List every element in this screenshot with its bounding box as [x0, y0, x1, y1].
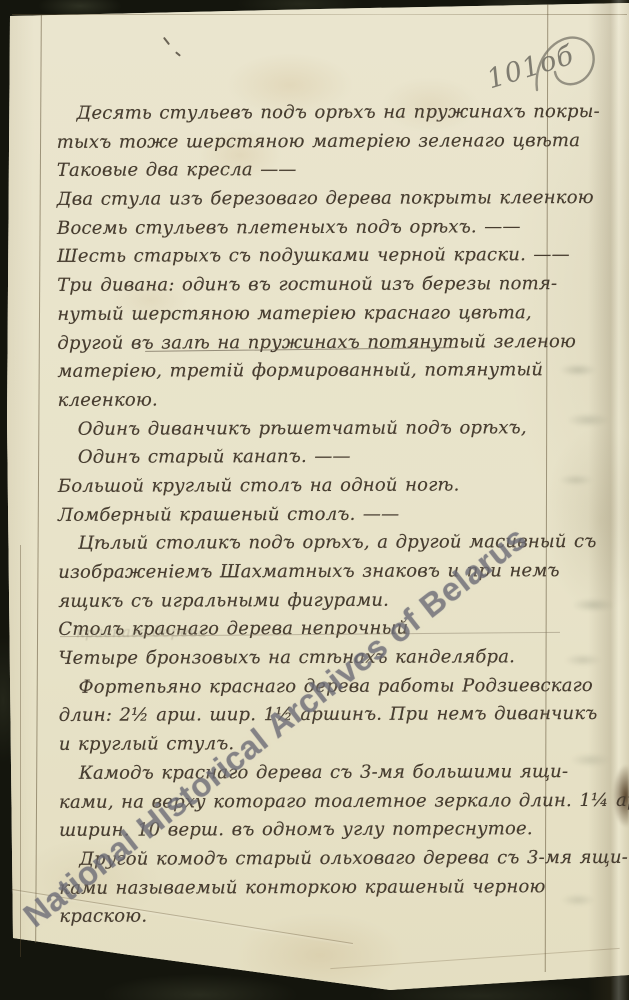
pencil-flourish: [533, 28, 617, 106]
top-edge-rule: [12, 14, 627, 15]
manuscript-line: клеенкою.: [58, 385, 550, 415]
manuscript-line: Таковые два кресла ——: [57, 156, 549, 186]
manuscript-line: Шесть старыхъ съ подушками черной краски…: [57, 242, 549, 272]
manuscript-line: матеріею, третій формированный, потянуты…: [57, 356, 549, 386]
manuscript-text: Десять стульевъ подъ орѣхъ на пружинахъ …: [57, 98, 552, 932]
manuscript-line: ками называемый конторкою крашеный черно…: [59, 873, 551, 903]
scan-background: 101об Десять стульевъ подъ орѣхъ на пруж…: [0, 0, 629, 1000]
manuscript-line: Два стула изъ березоваго дерева покрыты …: [57, 184, 549, 214]
manuscript-line: Ломберный крашеный столъ. ——: [58, 500, 550, 530]
manuscript-line: Десять стульевъ подъ орѣхъ на пружинахъ …: [57, 98, 549, 128]
manuscript-line: Большой круглый столъ на одной ногѣ.: [58, 471, 550, 501]
manuscript-line: Три дивана: одинъ въ гостиной изъ березы…: [57, 270, 549, 300]
manuscript-line: краскою.: [59, 901, 551, 931]
manuscript-line: тыхъ тоже шерстяною матеріею зеленаго цв…: [57, 127, 549, 157]
manuscript-line: Четыре бронзовыхъ на стѣнахъ канделябра.: [58, 643, 550, 673]
left-edge-rule: [20, 545, 21, 957]
manuscript-line: Камодъ краснаго дерева съ 3-мя большими …: [59, 758, 551, 788]
manuscript-line: другой въ залѣ на пружинахъ потянутый зе…: [57, 328, 549, 358]
manuscript-line: Восемь стульевъ плетеныхъ подъ орѣхъ. ——: [57, 213, 549, 243]
manuscript-line: и круглый стулъ.: [59, 729, 551, 759]
manuscript-line: Одинъ диванчикъ рѣшетчатый подъ орѣхъ,: [58, 414, 550, 444]
manuscript-line: нутый шерстяною матеріею краснаго цвѣта,: [57, 299, 549, 329]
manuscript-line: Одинъ старый канапъ. ——: [58, 442, 550, 472]
